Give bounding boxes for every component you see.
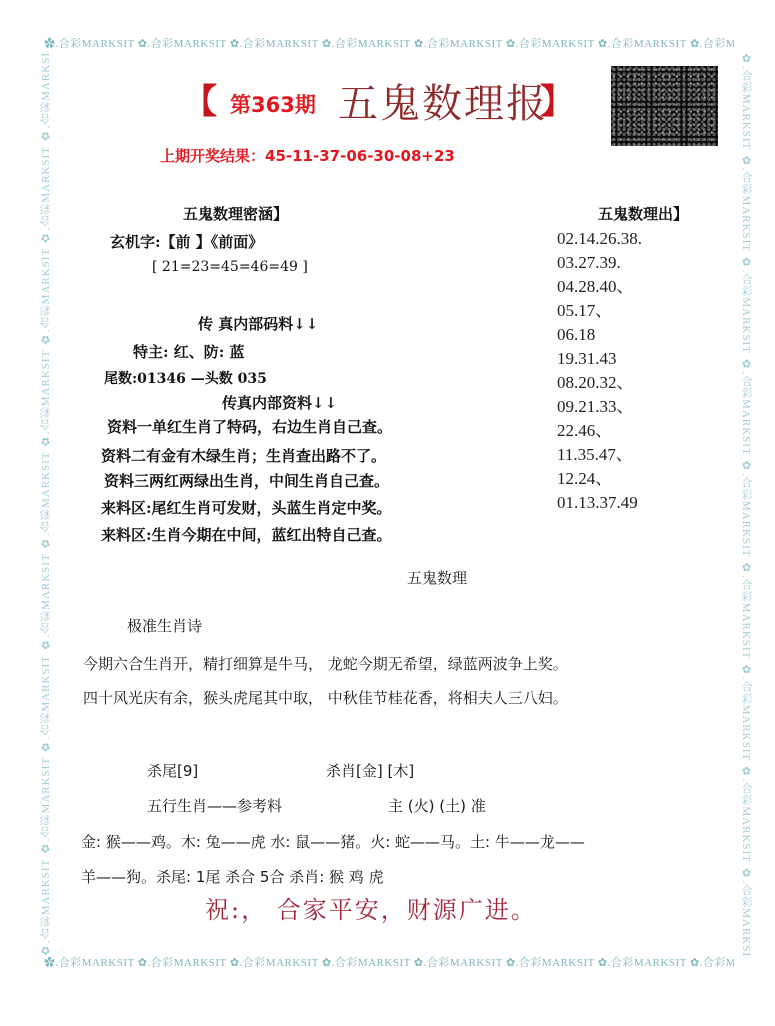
previous-result-value: 45-11-37-06-30-08+23 — [265, 147, 455, 165]
blessing: 祝:， 合家平安，财源广进。 — [205, 890, 537, 925]
watermark-bottom: ✿.合彩MARKSIT ✿.合彩MARKSIT ✿.合彩MARKSIT ✿.合彩… — [44, 955, 734, 971]
elements-line: 羊——狗。杀尾: 1尾 杀合 5合 杀肖: 猴 鸡 虎 — [81, 866, 384, 887]
five-elements-label: 五行生肖——参考料 — [147, 795, 282, 816]
title-bracket-open: 【 — [183, 74, 217, 123]
number-group: 22.46、 — [557, 419, 642, 443]
data-row-text: 生肖今期在中间，蓝红出特自己查。 — [152, 526, 392, 544]
data-row-text: 有金有木绿生肖；生肖查出路不了。 — [146, 447, 386, 465]
data-row: 来料区:生肖今期在中间，蓝红出特自己查。 — [101, 524, 392, 545]
numbers-list: 02.14.26.38. 03.27.39. 04.28.40、 05.17、 … — [557, 227, 642, 515]
poem-line: 今期六合生肖开，精打细算是牛马， 龙蛇今期无希望，绿蓝两波争上奖。 — [83, 653, 568, 674]
number-group: 11.35.47、 — [557, 443, 642, 467]
data-row-label: 资料一 — [107, 418, 152, 436]
data-row-label: 资料三 — [104, 472, 149, 490]
elements-line: 金: 猴——鸡。木: 兔——虎 水: 鼠——猪。火: 蛇——马。土: 牛——龙—… — [81, 831, 585, 852]
special-main: 特主: 红、防: 蓝 — [133, 341, 245, 362]
watermark-top: ✿.合彩MARKSIT ✿.合彩MARKSIT ✿.合彩MARKSIT ✿.合彩… — [44, 36, 734, 52]
riddle-value: 【前 】《前面》 — [161, 233, 264, 251]
fax-code-heading: 传 真内部码料↓↓ — [198, 313, 318, 334]
qr-code-image — [611, 66, 718, 146]
data-row-text: 两红两绿出生肖，中间生肖自己查。 — [149, 472, 389, 490]
number-group: 05.17、 — [557, 299, 642, 323]
number-group: 01.13.37.49 — [557, 491, 642, 515]
number-group: 06.18 — [557, 323, 642, 347]
data-row: 资料二有金有木绿生肖；生肖查出路不了。 — [101, 445, 386, 466]
secret-heading: 五鬼数理密涵】 — [183, 203, 288, 224]
five-elements-main: 主 (火) (土) 准 — [388, 795, 486, 816]
title-bracket-close: 】 — [540, 74, 574, 123]
watermark-right: ✿.合彩MARKSIT ✿.合彩MARKSIT ✿.合彩MARKSIT ✿.合彩… — [738, 52, 754, 957]
number-group: 04.28.40、 — [557, 275, 642, 299]
fax-data-heading: 传真内部资料↓↓ — [222, 392, 337, 413]
riddle-label: 玄机字: — [110, 233, 161, 251]
previous-result: 上期开奖结果：45-11-37-06-30-08+23 — [160, 145, 455, 166]
issue-number: 第363期 — [230, 89, 316, 119]
kill-zodiac: 杀肖[金] [木] — [326, 760, 414, 781]
riddle-numbers: [ 21=23=45=46=49 ] — [152, 259, 308, 275]
poem-title: 极准生肖诗 — [127, 615, 202, 636]
poem-line: 四十风光庆有余，猴头虎尾其中取， 中秋佳节桂花香，将相夫人三八妇。 — [83, 687, 568, 708]
number-group: 09.21.33、 — [557, 395, 642, 419]
tail-head-numbers: 尾数:01346 —头数 035 — [104, 368, 267, 388]
data-row: 来料区:尾红生肖可发财，头蓝生肖定中奖。 — [101, 497, 392, 518]
previous-result-label: 上期开奖结果： — [160, 147, 265, 165]
data-row-label: 来料区: — [101, 526, 152, 544]
number-group: 08.20.32、 — [557, 371, 642, 395]
page-title: 五鬼数理报 — [338, 72, 548, 129]
data-row-text: 单红生肖了特码，右边生肖自己查。 — [152, 418, 392, 436]
data-row-label: 资料二 — [101, 447, 146, 465]
data-row-text: 尾红生肖可发财，头蓝生肖定中奖。 — [152, 499, 392, 517]
number-group: 19.31.43 — [557, 347, 642, 371]
number-group: 03.27.39. — [557, 251, 642, 275]
riddle-line: 玄机字:【前 】《前面》 — [110, 231, 263, 252]
number-group: 12.24、 — [557, 467, 642, 491]
kill-tail: 杀尾[9] — [147, 760, 198, 781]
section-title: 五鬼数理 — [407, 567, 467, 588]
data-row-label: 来料区: — [101, 499, 152, 517]
data-row: 资料三两红两绿出生肖，中间生肖自己查。 — [104, 470, 389, 491]
watermark-left: ✿.合彩MARKSIT ✿.合彩MARKSIT ✿.合彩MARKSIT ✿.合彩… — [38, 52, 54, 957]
numbers-heading: 五鬼数理出】 — [598, 203, 688, 224]
number-group: 02.14.26.38. — [557, 227, 642, 251]
data-row: 资料一单红生肖了特码，右边生肖自己查。 — [107, 416, 392, 437]
